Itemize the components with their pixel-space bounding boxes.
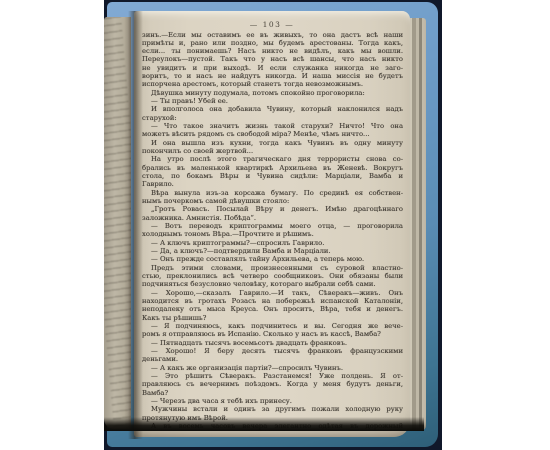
page-text-line: неподалеку отъ мыса Креуса. Онъ проситъ,… bbox=[142, 305, 403, 313]
page-number: — 103 — bbox=[134, 20, 410, 29]
page-text-line: можетъ вѣсить рядомъ съ свободой міра? М… bbox=[142, 130, 403, 138]
bottom-page-shadow bbox=[104, 417, 424, 431]
page-text-line: воритъ, то и насъ не найдутъ никогда. И … bbox=[142, 72, 403, 80]
page-text-line: „Гротъ Ровасъ. Посылай Вѣру и денегъ. Им… bbox=[142, 205, 403, 213]
page-text-line: — Ты правъ! Убей ее. bbox=[142, 97, 403, 105]
book-pages: — 103 — зинъ.—Если мы оставимъ ее въ жив… bbox=[104, 11, 426, 439]
page-text-line: заложника. Амнистія. Побѣда“. bbox=[142, 214, 403, 222]
page-text-line: — Черезъ два часа я тебѣ ихъ принесу. bbox=[142, 397, 403, 405]
page-text-line: Дѣвушка минуту подумала, потомъ спокойно… bbox=[142, 89, 403, 97]
page-text-line: подчиняться безусловно человѣку, котораг… bbox=[142, 280, 403, 288]
page-text-line: Вамба? bbox=[142, 389, 403, 397]
page-text-line: — Хорошо,—сказалъ Гаврило.—И такъ, Сѣвер… bbox=[142, 289, 403, 297]
page-text-line: — А какъ же организація партіи?—спросилъ… bbox=[142, 364, 403, 372]
page-text-line: не увидитъ и при выходѣ. И если служанка… bbox=[142, 64, 403, 72]
page-text-line: если... ты понимаешь? Насъ никто не видѣ… bbox=[142, 47, 403, 55]
page-text: зинъ.—Если мы оставимъ ее въ живыхъ, то … bbox=[142, 31, 403, 431]
page-text-line: И вполголоса она добавила Чувину, которы… bbox=[142, 105, 403, 113]
page-text-line: Какъ ты рѣшишь? bbox=[142, 314, 403, 322]
page-text-line: — Вотъ переводъ криптограммы моего отца,… bbox=[142, 222, 403, 230]
page-text-line: Гаврило. bbox=[142, 180, 403, 188]
page-text-line: ромъ я отправляюсь въ Испанію. Сколько у… bbox=[142, 330, 403, 338]
left-page-edge bbox=[104, 17, 131, 429]
page-text-line: Вѣра вынула изъ-за корсажа бумагу. По ср… bbox=[142, 189, 403, 197]
page-text-line: — Что такое значитъ жизнь такой старухи?… bbox=[142, 122, 403, 130]
page-text-line: — А ключъ криптограммы?—спросилъ Гаврило… bbox=[142, 239, 403, 247]
page-text-line: стью, преклонились всѣ четверо сообщнико… bbox=[142, 272, 403, 280]
page-text-line: — Онъ прежде составлялъ тайну Архильева,… bbox=[142, 255, 403, 263]
page-text-line: деньгами. bbox=[142, 355, 403, 363]
page-text-line: зинъ.—Если мы оставимъ ее въ живыхъ, то … bbox=[142, 31, 403, 39]
page-text-line: находится въ гротахъ Розасъ на побережьѣ… bbox=[142, 297, 403, 305]
right-page: — 103 — зинъ.—Если мы оставимъ ее въ жив… bbox=[134, 11, 410, 437]
page-text-line: И она вышла изъ кухни, тогда какъ Чувинъ… bbox=[142, 139, 403, 147]
page-text-line: испорчена арестомъ, который станетъ тогд… bbox=[142, 80, 403, 88]
book-photo: — 103 — зинъ.—Если мы оставимъ ее въ жив… bbox=[104, 0, 442, 450]
page-text-line: — Пятнадцать тысячъ восемьсотъ двадцать … bbox=[142, 339, 403, 347]
page-text-line: нымъ почеркомъ самой дѣвушки стояло: bbox=[142, 197, 403, 205]
page-text-line: покончилъ со своей жертвой... bbox=[142, 147, 403, 155]
gutter-shadow bbox=[128, 11, 143, 439]
page-text-line: примѣты и, рано или поздно, мы будемъ ар… bbox=[142, 39, 403, 47]
page-text-line: На утро послѣ этого трагическаго дня тер… bbox=[142, 155, 403, 163]
page-text-line: Переулокъ—пустой. Такъ что у насъ всѣ ша… bbox=[142, 55, 403, 63]
page-text-line: — Хорошо! Я беру десять тысячъ франковъ … bbox=[142, 347, 403, 355]
page-text-line: Предъ этими словами, произнесенными съ с… bbox=[142, 264, 403, 272]
page-text-line: — Я подчиняюсь, какъ подчинитесь и вы. С… bbox=[142, 322, 403, 330]
page-text-line: Мужчины встали и одинъ за другимъ пожали… bbox=[142, 405, 403, 413]
page-text-line: стола, по бокамъ Вѣры и Чувина сидѣли: М… bbox=[142, 172, 403, 180]
page-text-line: холоднымъ тономъ Вѣра.—Прочтите и рѣшимъ… bbox=[142, 230, 403, 238]
left-page-text-blur bbox=[104, 17, 131, 429]
page-text-line: брались въ маленькой квартиркѣ Архильева… bbox=[142, 164, 403, 172]
page-text-line: правляюсь съ вечернимъ поѣздомъ. Когда у… bbox=[142, 380, 403, 388]
page-text-line: — Это рѣшитъ Сѣверакъ. Разстанемся! Уже … bbox=[142, 372, 403, 380]
page-text-line: — Да, а ключъ?—подтвердили Вамба и Марці… bbox=[142, 247, 403, 255]
page-text-line: старухой: bbox=[142, 114, 403, 122]
